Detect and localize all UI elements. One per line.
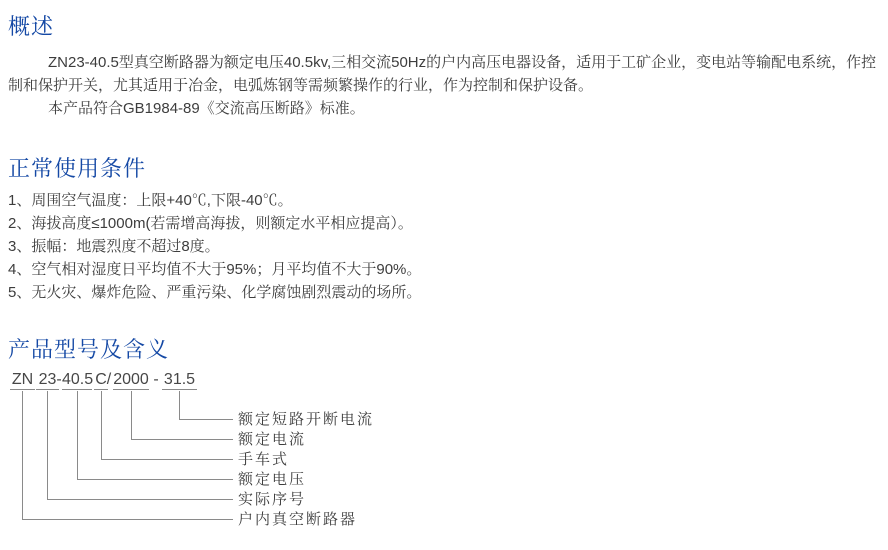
model-meaning-rated-voltage: 额定电压	[238, 471, 306, 488]
connector-vline-2000	[131, 391, 132, 439]
model-meaning-indoor-vacuum-breaker: 户内真空断路器	[238, 511, 357, 528]
model-code-zn: ZN	[10, 370, 35, 390]
condition-item-3: 3、振幅：地震烈度不超过8度。	[8, 235, 882, 258]
model-code-40-5: 40.5	[62, 370, 92, 390]
connector-hline-c	[101, 459, 233, 460]
connector-vline-40-5	[77, 391, 78, 479]
model-meaning-handcart-type: 手车式	[238, 451, 289, 468]
model-meaning-rated-current: 额定电流	[238, 431, 306, 448]
condition-item-5: 5、无火灾、爆炸危险、严重污染、化学腐蚀剧烈震动的场所。	[8, 281, 882, 304]
model-separator-dash-1: -	[55, 370, 63, 389]
connector-vline-c	[101, 391, 102, 459]
overview-paragraphs: ZN23-40.5型真空断路器为额定电压40.5kv,三相交流50Hz的户内高压…	[8, 51, 882, 120]
overview-paragraph-1: ZN23-40.5型真空断路器为额定电压40.5kv,三相交流50Hz的户内高压…	[8, 51, 882, 97]
connector-vline-23	[47, 391, 48, 499]
connector-hline-zn	[22, 519, 233, 520]
conditions-list: 1、周围空气温度：上限+40℃,下限-40℃。 2、海拔高度≤1000m(若需增…	[8, 189, 882, 304]
model-code-diagram: ZN 23 40.5 C 2000 31.5 - / - 额定短路开断电流 额定…	[12, 370, 452, 540]
model-code-31-5: 31.5	[162, 370, 197, 390]
model-separator-dash-2: -	[150, 370, 162, 389]
connector-vline-zn	[22, 391, 23, 519]
model-separator-slash: /	[105, 370, 113, 389]
model-meaning-rated-breaking-current: 额定短路开断电流	[238, 411, 374, 428]
heading-normal-use-conditions: 正常使用条件	[8, 152, 146, 183]
model-meaning-serial-number: 实际序号	[238, 491, 306, 508]
condition-item-1: 1、周围空气温度：上限+40℃,下限-40℃。	[8, 189, 882, 212]
connector-hline-23	[47, 499, 233, 500]
condition-item-2: 2、海拔高度≤1000m(若需增高海拔，则额定水平相应提高）。	[8, 212, 882, 235]
heading-overview: 概述	[8, 10, 54, 41]
connector-vline-31-5	[179, 391, 180, 419]
connector-hline-40-5	[77, 479, 233, 480]
overview-paragraph-2: 本产品符合GB1984-89《交流高压断路》标准。	[8, 97, 882, 120]
catalog-page: { "page": { "accent_blue": "#1549a5", "t…	[0, 0, 888, 550]
condition-item-4: 4、空气相对湿度日平均值不大于95%；月平均值不大于90%。	[8, 258, 882, 281]
connector-hline-31-5	[179, 419, 233, 420]
connector-hline-2000	[131, 439, 233, 440]
heading-model-meaning: 产品型号及含义	[8, 333, 169, 364]
model-code-2000: 2000	[113, 370, 149, 390]
